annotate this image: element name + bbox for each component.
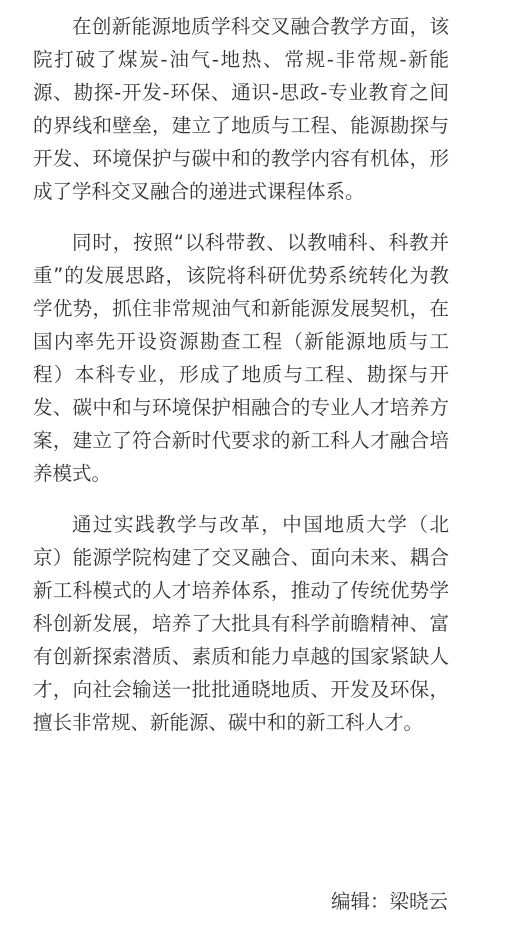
paragraph-talent-cultivation: 通过实践教学与改革，中国地质大学（北京）能源学院构建了交叉融合、面向未来、耦合新… [33,508,449,739]
article-body: 在创新能源地质学科交叉融合教学方面，该院打破了煤炭-油气-地热、常规-非常规-新… [33,10,449,757]
paragraph-interdisciplinary-teaching: 在创新能源地质学科交叉融合教学方面，该院打破了煤炭-油气-地热、常规-非常规-新… [33,10,449,208]
editor-credit: 编辑：梁晓云 [331,887,448,917]
paragraph-research-to-teaching: 同时，按照“以科带教、以教哺科、科教并重”的发展思路，该院将科研优势系统转化为教… [33,226,449,490]
